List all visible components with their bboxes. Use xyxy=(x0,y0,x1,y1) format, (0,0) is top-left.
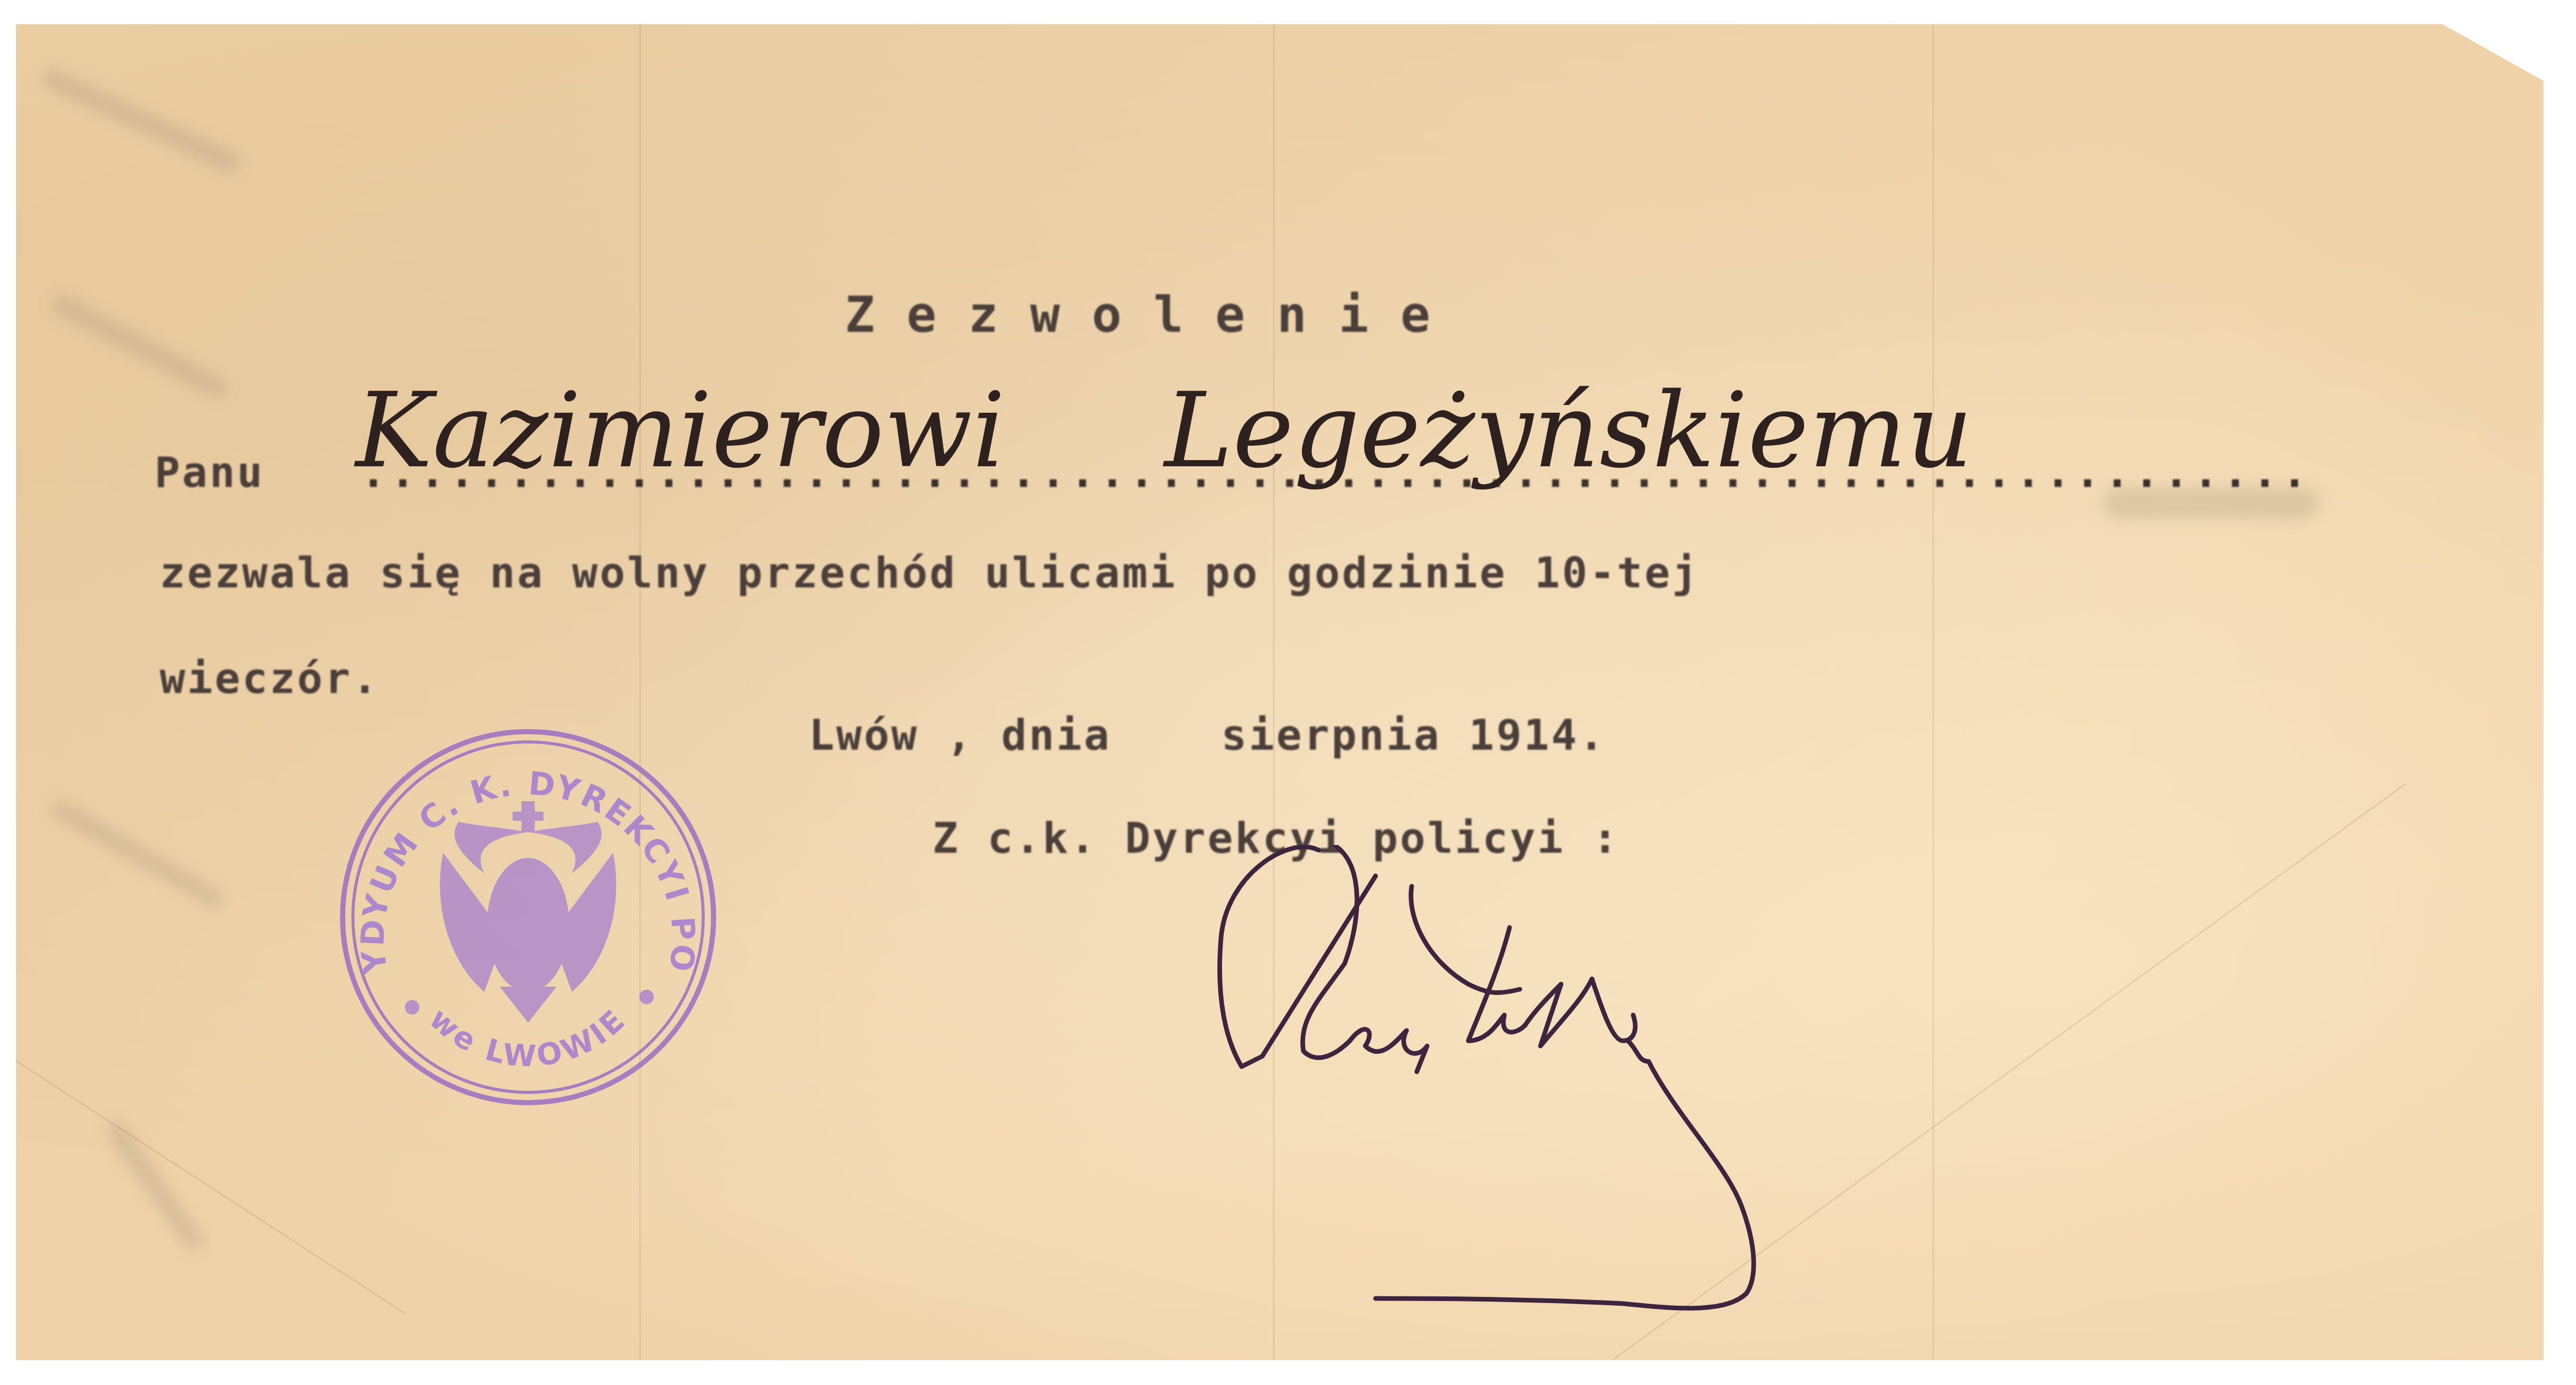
body-line-2: wieczór. xyxy=(160,654,380,703)
date-line: Lwów , dnia sierpnia 1914. xyxy=(809,711,1606,760)
police-stamp: PREZYDYUM C. K. DYREKCYI POLICYI we LWOW… xyxy=(330,719,726,1116)
fold-line xyxy=(639,24,641,1360)
smudge xyxy=(48,797,227,911)
recipient-first-name: Kazimierowi xyxy=(355,371,1005,491)
recipient-prefix: Panu xyxy=(155,448,264,497)
signature xyxy=(1211,845,2396,1319)
document-title: Zezwolenie xyxy=(845,286,1462,344)
smudge xyxy=(48,292,230,400)
double-headed-eagle-icon xyxy=(440,801,616,1023)
smudge xyxy=(102,1117,208,1255)
body-line-1: zezwala się na wolny przechód ulicami po… xyxy=(160,549,1700,598)
smudge xyxy=(38,65,243,176)
recipient-last-name: Legeżyńskiemu xyxy=(1164,371,1973,491)
